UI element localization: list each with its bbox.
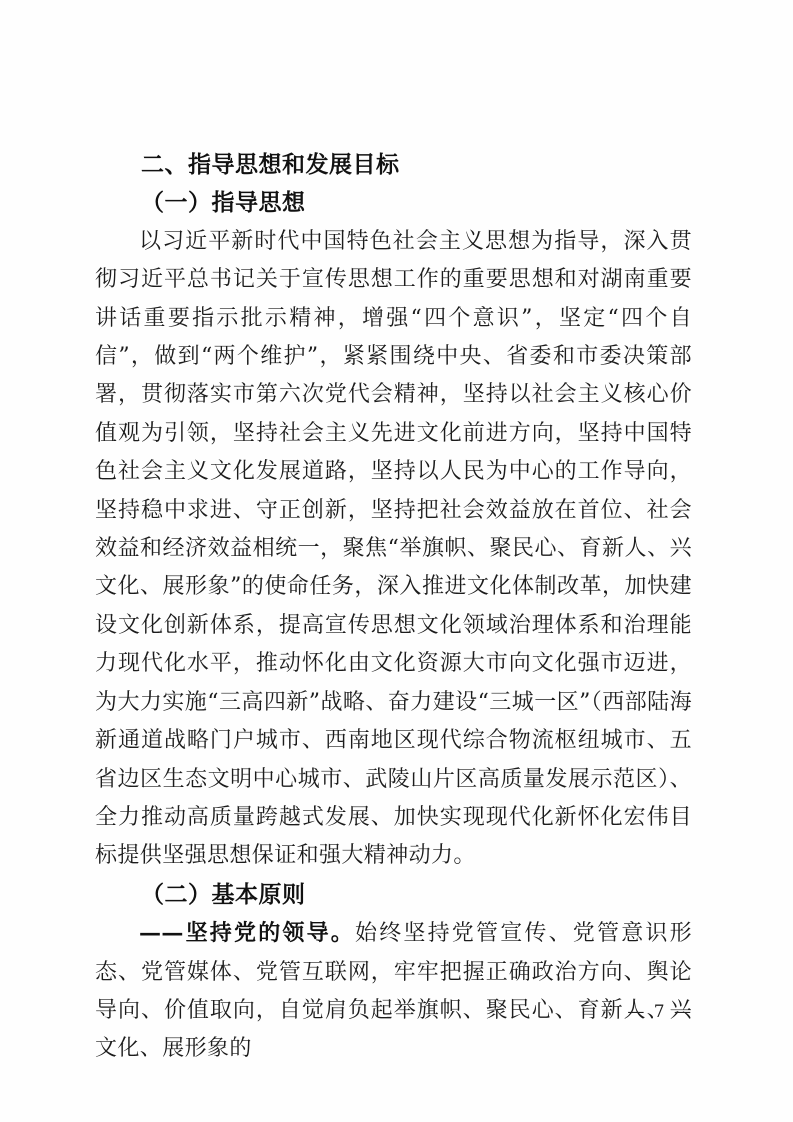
subsection-heading-basic-principles: （二）基本原则 [95,876,692,914]
principle-lead-text: ——坚持党的领导。 [139,920,355,946]
page-number: — 7 — [627,1000,693,1024]
paragraph-guiding-ideology: 以习近平新时代中国特色社会主义思想为指导，深入贯彻习近平总书记关于宣传思想工作的… [95,223,692,876]
section-heading: 二、指导思想和发展目标 [95,146,692,184]
paragraph-principle-party-leadership: ——坚持党的领导。始终坚持党管宣传、党管意识形态、党管媒体、党管互联网，牢牢把握… [95,914,692,1069]
document-page: 二、指导思想和发展目标 （一）指导思想 以习近平新时代中国特色社会主义思想为指导… [0,0,793,1122]
subsection-heading-guiding-ideology: （一）指导思想 [95,184,692,222]
document-content: 二、指导思想和发展目标 （一）指导思想 以习近平新时代中国特色社会主义思想为指导… [95,146,692,1069]
